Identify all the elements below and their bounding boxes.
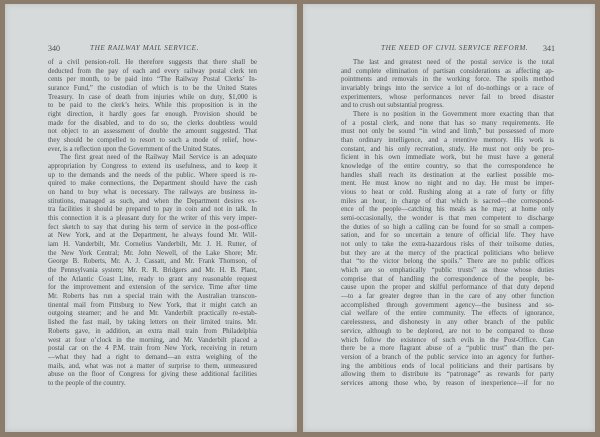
text-line: comprise that of handling the correspond… <box>341 275 554 284</box>
text-line: vious to heat or cold. Rushing along at … <box>341 188 554 197</box>
text-line: accomplished through government agency—t… <box>341 301 554 310</box>
text-line: version of a branch of the public servic… <box>341 353 554 362</box>
text-line: of a postal clerk, and none that has so … <box>341 119 554 128</box>
running-title: THE NEED OF CIVIL SERVICE REFORM. <box>381 44 528 52</box>
text-line: Mr. Roberts has run a special train with… <box>48 292 257 301</box>
text-line: at New York, and at the Department, he a… <box>48 231 257 240</box>
text-line: this connection it is a pleasant duty fo… <box>48 214 257 223</box>
text-line: deducted from the pay of each and every … <box>48 67 257 76</box>
text-line: abuse on the floor of Congress for givin… <box>48 370 257 379</box>
text-line: the New York Central; Mr. John Newell, o… <box>48 249 257 258</box>
text-line: ence of the people—catching his meals as… <box>341 205 554 214</box>
right-page-body: The last and greatest need of the postal… <box>341 58 554 388</box>
text-line: cause upon the proper and skilful perfor… <box>341 283 554 292</box>
text-line: right direction, it hardly goes far enou… <box>48 110 257 119</box>
text-line: carelessness, and dishonesty in any othe… <box>341 318 554 327</box>
text-line: The first great need of the Railway Mail… <box>48 153 257 162</box>
text-line: west at four o’clock in the morning, and… <box>48 336 257 345</box>
text-line: up to the demands and the needs of the p… <box>48 171 257 180</box>
text-line: stitutions, managed as such, and when th… <box>48 197 257 206</box>
text-line: ficient in his own immediate work, but h… <box>341 153 554 162</box>
text-line: of the Atlantic Coast Line, ready to gra… <box>48 275 257 284</box>
text-line: tinental mail from Pittsburg to New York… <box>48 301 257 310</box>
text-line: ever, is a reflection upon the Governmen… <box>48 145 257 154</box>
text-line: of a civil pension-roll. He therefore su… <box>48 58 257 67</box>
left-page-body: of a civil pension-roll. He therefore su… <box>48 58 257 388</box>
text-line: —what they had a right to demand—an extr… <box>48 353 257 362</box>
text-line: lished the fast mail, by taking letters … <box>48 318 257 327</box>
text-line: Treasury. In case of death from injuries… <box>48 93 257 102</box>
text-line: handles shall reach its destination at t… <box>341 171 554 180</box>
text-line: that “to the victor belong the spoils.” … <box>341 257 554 266</box>
text-line: the duties of so high a calling can be f… <box>341 223 554 232</box>
left-page: 340 THE RAILWAY MAIL SERVICE. of a civil… <box>5 4 297 432</box>
text-line: and to crush out substantial progress. <box>341 101 554 110</box>
text-line: but they are at the mercy of the practic… <box>341 249 554 258</box>
running-title: THE RAILWAY MAIL SERVICE. <box>90 44 199 52</box>
right-page: THE NEED OF CIVIL SERVICE REFORM. 341 Th… <box>303 4 595 432</box>
page-number: 340 <box>48 44 60 53</box>
left-page-header: 340 THE RAILWAY MAIL SERVICE. <box>48 44 254 53</box>
text-line: mails, and, what was not a matter of sur… <box>48 362 257 371</box>
text-line: service, although to be deplored, are no… <box>341 327 554 336</box>
text-line: to the people of the country. <box>48 379 257 388</box>
text-line: the Pennsylvania system; Mr. R. R. Bridg… <box>48 266 257 275</box>
page-number: 341 <box>543 44 555 53</box>
text-line: they should be compelled to resort to su… <box>48 136 257 145</box>
text-line: to be paid to the clerk’s heirs. While t… <box>48 101 257 110</box>
text-line: not only to take the extra-hazardous ris… <box>341 240 554 249</box>
text-line: The last and greatest need of the postal… <box>341 58 554 67</box>
text-line: for the improvement and extension of the… <box>48 283 257 292</box>
text-line: George B. Roberts, Mr. A. J. Cassatt, an… <box>48 257 257 266</box>
text-line: services among those who, by reason of i… <box>341 379 554 388</box>
text-line: not object to an assessment of double th… <box>48 127 257 136</box>
text-line: cial welfare of the entire community. Th… <box>341 309 554 318</box>
text-line: knowledge of the entire country, so that… <box>341 162 554 171</box>
text-line: constant, and his only recreation, study… <box>341 145 554 154</box>
text-line: outgoing steamer; and he and Mr. Vanderb… <box>48 309 257 318</box>
text-line: appropriation by Congress to extend its … <box>48 162 257 171</box>
text-line: miles an hour, in charge of that which i… <box>341 197 554 206</box>
text-line: iam H. Vanderbilt, Mr. Cornelius Vanderb… <box>48 240 257 249</box>
text-line: there be a more flagrant abuse of a “pub… <box>341 344 554 353</box>
text-line: invariably brings into the service a lot… <box>341 84 554 93</box>
text-line: tra facilities it should be prepared to … <box>48 205 257 214</box>
text-line: —to a far greater degree than in the car… <box>341 292 554 301</box>
text-line: fect sketch to say that during his term … <box>48 223 257 232</box>
text-line: sation, and for so uncertain a tenure of… <box>341 231 554 240</box>
text-line: must not only be sound “in wind and limb… <box>341 127 554 136</box>
text-line: and complete elimination of partisan con… <box>341 67 554 76</box>
text-line: surance Fund,” the custodian of which is… <box>48 84 257 93</box>
text-line: Roberts gave, in addition, an extra mail… <box>48 327 257 336</box>
text-line: ing the ambitious ends of local politici… <box>341 362 554 371</box>
text-line: which are so emphatically “public trusts… <box>341 266 554 275</box>
text-line: than ordinary intelligence, and a retent… <box>341 136 554 145</box>
text-line: experimenters, whose performances never … <box>341 93 554 102</box>
text-line: allowing them to distribute its “patrona… <box>341 370 554 379</box>
text-line: cents per month, to be paid into “The Ra… <box>48 75 257 84</box>
text-line: made for the disabled, and to do so, the… <box>48 119 257 128</box>
text-line: quired to make connections, the Departme… <box>48 179 257 188</box>
text-line: There is no position in the Government m… <box>341 110 554 119</box>
text-line: semi-occasionally, the wonder is that me… <box>341 214 554 223</box>
text-line: postal car on the 4 P.M. train from New … <box>48 344 257 353</box>
text-line: pointments and removals in the working f… <box>341 75 554 84</box>
text-line: on hand to buy what is necessary. The ra… <box>48 188 257 197</box>
text-line: ment. He must know no night and no day. … <box>341 179 554 188</box>
text-line: which follow the existence of such evils… <box>341 336 554 345</box>
